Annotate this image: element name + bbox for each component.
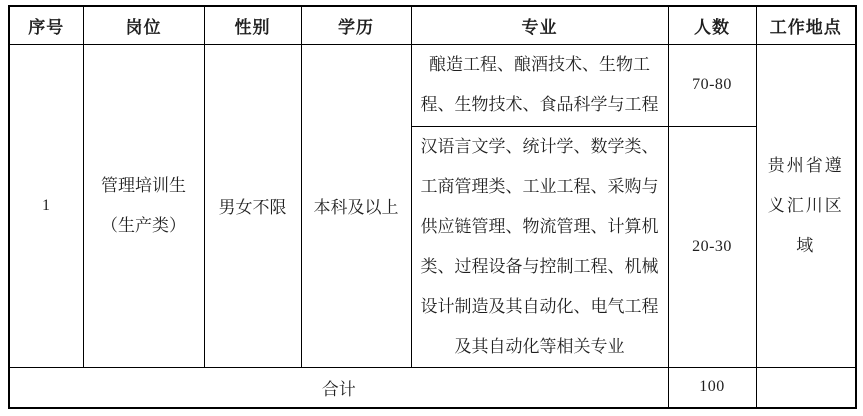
cell-education: 本科及以上 — [301, 44, 411, 367]
location-line: 义汇川区 — [757, 186, 856, 226]
major-line: 酿造工程、酿酒技术、生物工 — [412, 45, 668, 85]
cell-seq: 1 — [9, 44, 83, 367]
location-line: 域 — [757, 226, 856, 266]
header-headcount: 人数 — [668, 6, 756, 44]
header-major: 专业 — [411, 6, 668, 44]
location-line: 贵州省遵 — [757, 146, 856, 186]
recruitment-table: 序号 岗位 性别 学历 专业 人数 工作地点 1 管理培训生 （生产类） 男女不… — [8, 5, 857, 409]
cell-total-location-empty — [756, 367, 856, 408]
cell-major-group-b: 汉语言文学、统计学、数学类、 工商管理类、工业工程、采购与 供应链管理、物流管理… — [411, 126, 668, 367]
major-line: 类、过程设备与控制工程、机械 — [412, 247, 668, 287]
major-line: 汉语言文学、统计学、数学类、 — [412, 127, 668, 167]
header-position: 岗位 — [83, 6, 204, 44]
header-location: 工作地点 — [756, 6, 856, 44]
cell-position: 管理培训生 （生产类） — [83, 44, 204, 367]
cell-major-group-a: 酿造工程、酿酒技术、生物工 程、生物技术、食品科学与工程 — [411, 44, 668, 126]
position-line: （生产类） — [84, 206, 204, 246]
major-line: 设计制造及其自动化、电气工程 — [412, 287, 668, 327]
header-seq: 序号 — [9, 6, 83, 44]
cell-location: 贵州省遵 义汇川区 域 — [756, 44, 856, 367]
major-line: 及其自动化等相关专业 — [412, 327, 668, 367]
major-line: 工商管理类、工业工程、采购与 — [412, 167, 668, 207]
major-line: 程、生物技术、食品科学与工程 — [412, 85, 668, 125]
position-line: 管理培训生 — [84, 166, 204, 206]
total-row: 合计 100 — [9, 367, 856, 408]
cell-total-label: 合计 — [9, 367, 668, 408]
header-education: 学历 — [301, 6, 411, 44]
header-gender: 性别 — [204, 6, 301, 44]
header-row: 序号 岗位 性别 学历 专业 人数 工作地点 — [9, 6, 856, 44]
table-row: 1 管理培训生 （生产类） 男女不限 本科及以上 酿造工程、酿酒技术、生物工 程… — [9, 44, 856, 126]
major-line: 供应链管理、物流管理、计算机 — [412, 207, 668, 247]
cell-total-headcount: 100 — [668, 367, 756, 408]
cell-gender: 男女不限 — [204, 44, 301, 367]
document-page: 序号 岗位 性别 学历 专业 人数 工作地点 1 管理培训生 （生产类） 男女不… — [0, 5, 863, 416]
cell-headcount-b: 20-30 — [668, 126, 756, 367]
cell-headcount-a: 70-80 — [668, 44, 756, 126]
